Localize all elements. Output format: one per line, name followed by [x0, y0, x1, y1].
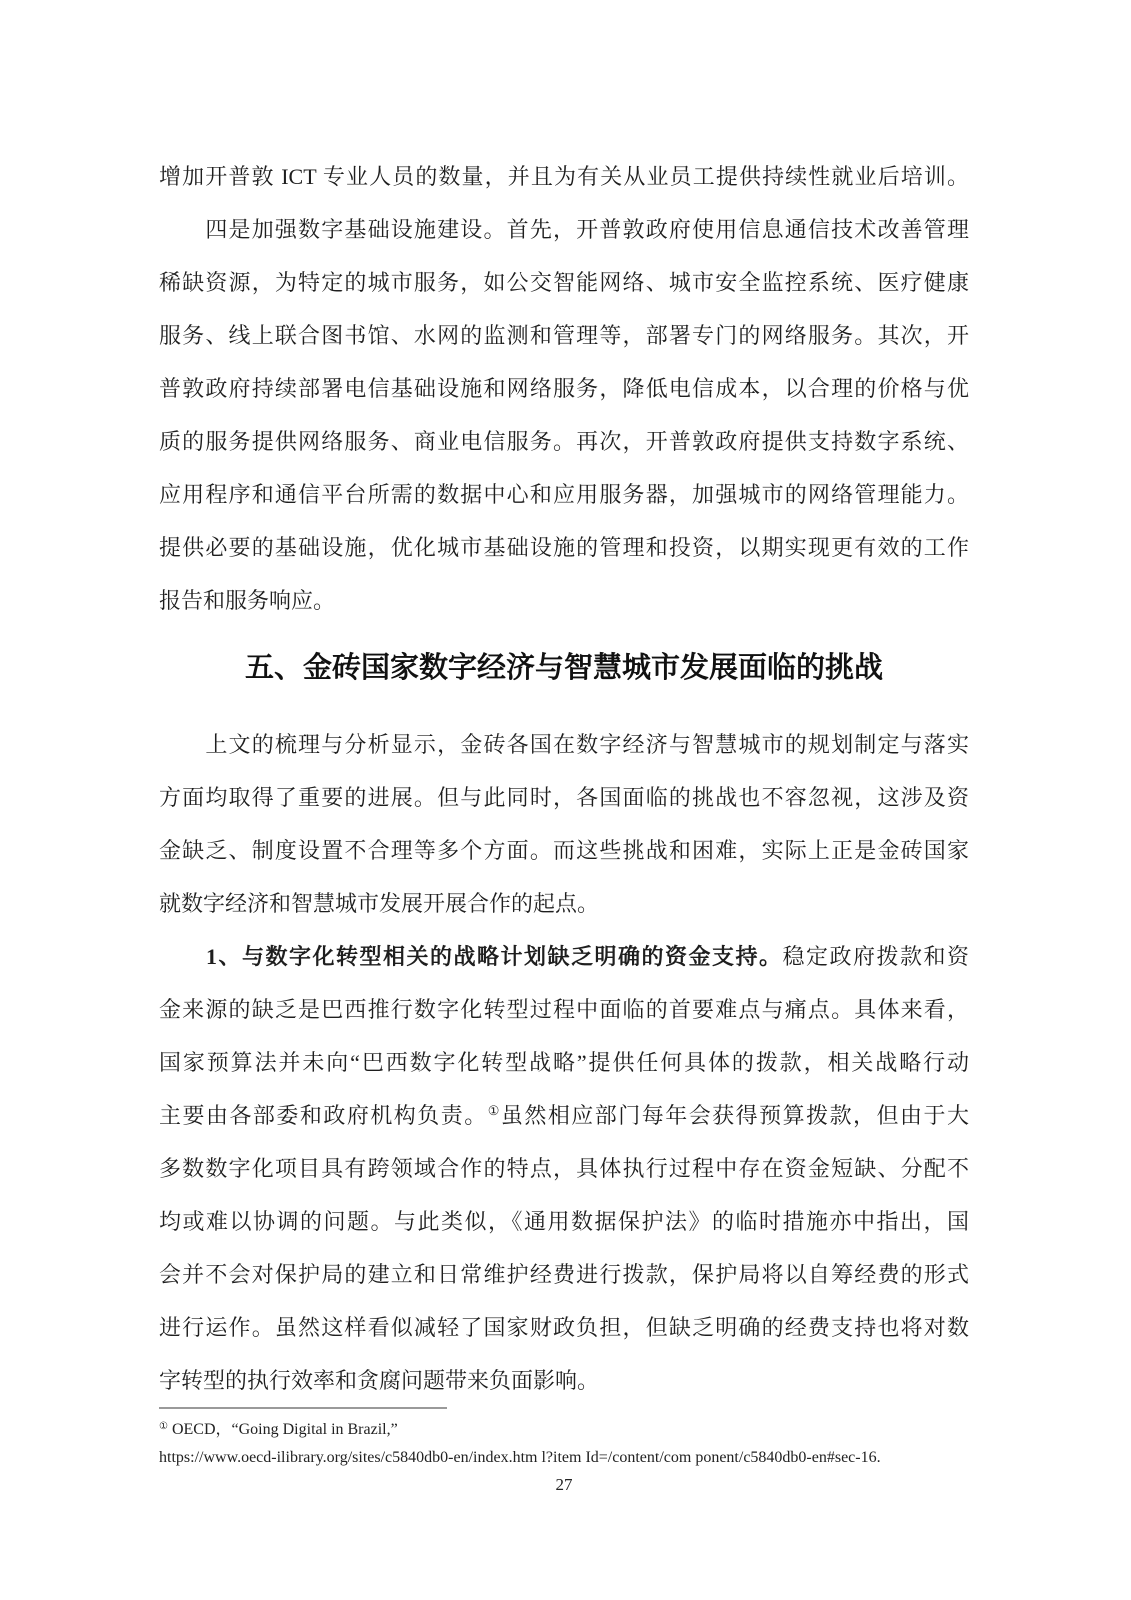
- body-line: 稀缺资源，为特定的城市服务，如公交智能网络、城市安全监控系统、医疗健康: [159, 256, 969, 309]
- body-line: 会并不会对保护局的建立和日常维护经费进行拨款，保护局将以自筹经费的形式: [159, 1248, 969, 1301]
- body-line: 字转型的执行效率和贪腐问题带来负面影响。: [159, 1354, 969, 1407]
- body-line: 进行运作。虽然这样看似减轻了国家财政负担，但缺乏明确的经费支持也将对数: [159, 1301, 969, 1354]
- body-line: 金缺乏、制度设置不合理等多个方面。而这些挑战和困难，实际上正是金砖国家: [159, 824, 969, 877]
- run-in-subheading: 1、与数字化转型相关的战略计划缺乏明确的资金支持。: [159, 944, 782, 969]
- footnote-url: https://www.oecd-ilibrary.org/sites/c584…: [159, 1445, 969, 1471]
- body-line: 提供必要的基础设施，优化城市基础设施的管理和投资，以期实现更有效的工作: [159, 521, 969, 574]
- body-line: 均或难以协调的问题。与此类似，《通用数据保护法》的临时措施亦中指出，国: [159, 1195, 969, 1248]
- text-column: 增加开普敦 ICT 专业人员的数量，并且为有关从业员工提供持续性就业后培训。 四…: [159, 150, 969, 1497]
- body-line: 服务、线上联合图书馆、水网的监测和管理等，部署专门的网络服务。其次，开: [159, 309, 969, 362]
- footnote-text: OECD，“Going Digital in Brazil,”: [168, 1421, 398, 1438]
- body-line: 金来源的缺乏是巴西推行数字化转型过程中面临的首要难点与痛点。具体来看，: [159, 983, 969, 1036]
- body-text: 稳定政府拨款和资: [782, 944, 969, 969]
- body-line: 上文的梳理与分析显示，金砖各国在数字经济与智慧城市的规划制定与落实: [159, 718, 969, 771]
- body-line: 普敦政府持续部署电信基础设施和网络服务，降低电信成本，以合理的价格与优: [159, 362, 969, 415]
- page-number: 27: [159, 1473, 969, 1497]
- body-line: 多数数字化项目具有跨领域合作的特点，具体执行过程中存在资金短缺、分配不: [159, 1142, 969, 1195]
- footnote-marker: ①: [159, 1421, 168, 1432]
- body-line: 方面均取得了重要的进展。但与此同时，各国面临的挑战也不容忽视，这涉及资: [159, 771, 969, 824]
- body-line: 报告和服务响应。: [159, 574, 969, 627]
- footnote-separator: [159, 1407, 447, 1409]
- footnote-line: ① OECD，“Going Digital in Brazil,”: [159, 1417, 969, 1445]
- body-line: 主要由各部委和政府机构负责。①虽然相应部门每年会获得预算拨款，但由于大: [159, 1089, 969, 1142]
- body-text: 主要由各部委和政府机构负责。: [159, 1103, 488, 1128]
- body-line: 就数字经济和智慧城市发展开展合作的起点。: [159, 877, 969, 930]
- body-line: 应用程序和通信平台所需的数据中心和应用服务器，加强城市的网络管理能力。: [159, 468, 969, 521]
- body-line: 质的服务提供网络服务、商业电信服务。再次，开普敦政府提供支持数字系统、: [159, 415, 969, 468]
- section-heading: 五、金砖国家数字经济与智慧城市发展面临的挑战: [159, 637, 969, 699]
- body-line: 1、与数字化转型相关的战略计划缺乏明确的资金支持。稳定政府拨款和资: [159, 930, 969, 983]
- body-line: 四是加强数字基础设施建设。首先，开普敦政府使用信息通信技术改善管理: [159, 203, 969, 256]
- body-line: 国家预算法并未向“巴西数字化转型战略”提供任何具体的拨款，相关战略行动: [159, 1036, 969, 1089]
- body-line: 增加开普敦 ICT 专业人员的数量，并且为有关从业员工提供持续性就业后培训。: [159, 150, 969, 203]
- footnote: ① OECD，“Going Digital in Brazil,” https:…: [159, 1417, 969, 1471]
- document-page: 增加开普敦 ICT 专业人员的数量，并且为有关从业员工提供持续性就业后培训。 四…: [0, 0, 1131, 1600]
- footnote-reference-marker: ①: [488, 1103, 501, 1118]
- body-text: 虽然相应部门每年会获得预算拨款，但由于大: [501, 1103, 969, 1128]
